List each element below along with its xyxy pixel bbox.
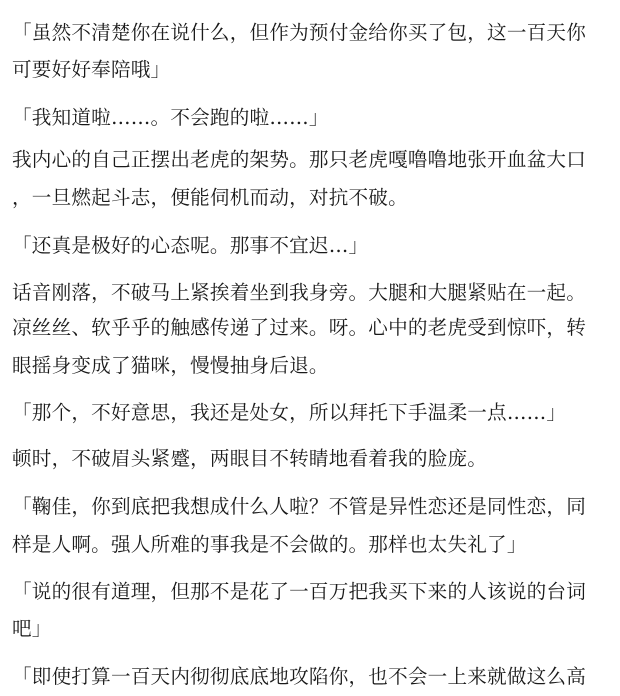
paragraph-2-line-1: 「我知道啦……。不会跑的啦……」 xyxy=(12,106,329,130)
paragraph-10-line-1: 「即使打算一百天内彻彻底底地攻陷你，也不会一上来就做这么高 xyxy=(12,665,586,689)
paragraph-3-line-1: 我内心的自己正摆出老虎的架势。那只老虎嘎噜噜地张开血盆大口 xyxy=(12,148,586,172)
paragraph-3-line-2: ，一旦燃起斗志，便能伺机而动，对抗不破。 xyxy=(12,186,408,210)
paragraph-1-line-2: 可要好好奉陪哦」 xyxy=(12,58,170,82)
paragraph-8-line-1: 「鞠佳，你到底把我想成什么人啦？不管是异性恋还是同性恋，同 xyxy=(12,495,586,519)
paragraph-4-line-1: 「还真是极好的心态呢。那事不宜迟…」 xyxy=(12,234,368,258)
paragraph-5-line-3: 眼摇身变成了猫咪，慢慢抽身后退。 xyxy=(12,354,329,378)
paragraph-7-line-1: 顿时，不破眉头紧蹙，两眼目不转睛地看着我的脸庞。 xyxy=(12,447,487,471)
paragraph-5-line-2: 凉丝丝、软乎乎的触感传递了过来。呀。心中的老虎受到惊吓，转 xyxy=(12,316,586,340)
paragraph-6-line-1: 「那个，不好意思，我还是处女，所以拜托下手温柔一点……」 xyxy=(12,401,566,425)
paragraph-8-line-2: 样是人啊。强人所难的事我是不会做的。那样也太失礼了」 xyxy=(12,533,527,557)
paragraph-9-line-1: 「说的很有道理，但那不是花了一百万把我买下来的人该说的台词 xyxy=(12,580,586,604)
paragraph-9-line-2: 吧」 xyxy=(12,617,52,641)
paragraph-1-line-1: 「虽然不清楚你在说什么，但作为预付金给你买了包，这一百天你 xyxy=(12,21,586,45)
paragraph-5-line-1: 话音刚落，不破马上紧挨着坐到我身旁。大腿和大腿紧贴在一起。 xyxy=(12,281,586,305)
